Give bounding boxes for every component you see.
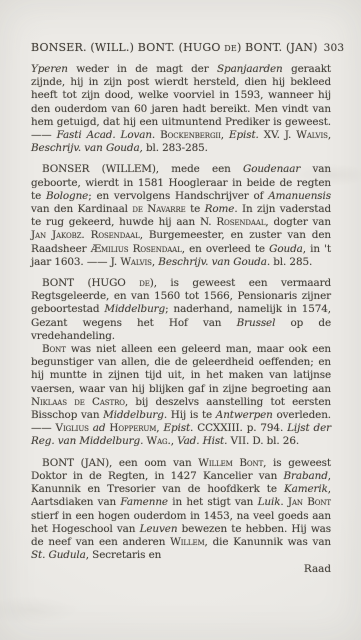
text-run: Amanuensis	[268, 190, 331, 202]
text-run: Beschrijv. van Gouda,	[31, 142, 143, 154]
text-run: Brussel	[237, 317, 276, 329]
text-run: Vad. Hist.	[177, 435, 227, 447]
text-run: Gouda	[269, 243, 303, 255]
text-run: Goudenaar	[243, 163, 300, 175]
text-run: Walvis	[296, 129, 328, 141]
text-block: Yperen weder in de magt der Spanjaarden …	[31, 63, 331, 562]
text-run: . Hij is te	[164, 409, 216, 421]
text-run: Middelburg	[104, 303, 165, 315]
text-run: Viglius	[56, 422, 89, 434]
catchword: Raad	[31, 563, 331, 576]
text-run: XV. J.	[259, 129, 296, 141]
text-run: ——	[31, 129, 57, 141]
text-run: , Secretaris en	[86, 549, 161, 561]
text-run: Walvis	[120, 256, 152, 268]
text-run: , en overleed te	[182, 243, 269, 255]
text-run: Yperen	[31, 63, 68, 75]
text-run: BONT (JAN), een oom van	[42, 457, 198, 469]
text-run: VII. D. bl. 26.	[227, 435, 299, 447]
text-run: Famenne	[120, 496, 168, 508]
text-run: Jan Jakobz. Rosendaal	[31, 229, 140, 241]
text-run: BONT (HUGO	[42, 277, 139, 289]
text-run: St. Gudula	[31, 549, 86, 561]
paragraph: BONT (JAN), een oom van Willem Bont, is …	[31, 457, 331, 563]
text-run: ,	[328, 129, 331, 141]
paragraph: BONT (HUGO de), is geweest een vermaard …	[31, 277, 331, 343]
text-run: CCXXIII. p. 794.	[193, 422, 287, 434]
text-run: Æmilius Rosendaal	[91, 243, 182, 255]
text-run: Luik	[258, 496, 281, 508]
text-run: Rosendaal	[216, 216, 265, 228]
text-run: Jan Bont	[288, 496, 331, 508]
text-run: Bologne	[46, 190, 88, 202]
text-run: , dogter van	[265, 216, 331, 228]
header-title: BONSER. (WILL.) BONT. (HUGO de) BONT. (J…	[31, 41, 318, 54]
text-run: Bockenbergii	[160, 129, 221, 141]
paragraph: Yperen weder in de magt der Spanjaarden …	[31, 63, 331, 155]
paragraph: Bont was niet alleen een geleerd man, ma…	[31, 343, 331, 449]
text-run: J.	[111, 256, 121, 268]
text-run: Beschrijv. van Gouda.	[158, 256, 270, 268]
text-run: .	[280, 496, 288, 508]
text-run: de	[139, 277, 150, 289]
text-run: Kamerik	[284, 483, 328, 495]
page-content: BONSER. (WILL.) BONT. (HUGO de) BONT. (J…	[31, 41, 331, 577]
text-run: te	[186, 203, 205, 215]
text-run: BONSER (WILLEM), mede een	[42, 163, 243, 175]
text-run: ; en vervolgens Handschrijver of	[88, 190, 268, 202]
text-run: Spanjaarden	[217, 63, 283, 75]
text-run: Epist.	[229, 129, 259, 141]
text-run: Epist.	[163, 422, 193, 434]
running-header: BONSER. (WILL.) BONT. (HUGO de) BONT. (J…	[31, 41, 331, 54]
text-run: van den Kardinaal	[31, 203, 132, 215]
text-run: Antwerpen	[216, 409, 273, 421]
text-run: bl. 283-285.	[143, 142, 208, 154]
text-run: Wag.	[147, 435, 171, 447]
text-run: Niklaas de Castro	[31, 396, 125, 408]
text-run: in het stigt van	[168, 496, 258, 508]
text-run: Willem Bont	[198, 457, 263, 469]
text-run: Hopperum	[109, 422, 156, 434]
text-run: , die Kanunnik was van	[205, 536, 331, 548]
text-run: was niet alleen een geleerd man, maar oo…	[31, 343, 331, 395]
text-run: Braband	[284, 470, 328, 482]
paragraph: BONSER (WILLEM), mede een Goudenaar van …	[31, 163, 331, 269]
text-run: Rome	[205, 203, 235, 215]
text-run: overleden.	[273, 409, 331, 421]
text-run: Willem	[170, 536, 204, 548]
text-run: de Navarre	[132, 203, 185, 215]
text-run: Leuven	[140, 523, 178, 535]
text-run: ,	[221, 129, 229, 141]
book-page: BONSER. (WILL.) BONT. (HUGO de) BONT. (J…	[0, 0, 361, 640]
text-run: weder in de magt der	[68, 63, 217, 75]
text-run: ad	[93, 422, 106, 434]
text-run: ——	[87, 256, 111, 268]
text-run: Middelburg	[103, 409, 164, 421]
page-number: 303	[318, 42, 345, 54]
text-run: Bont	[42, 343, 66, 355]
text-run: bl. 285.	[270, 256, 312, 268]
text-run: Fasti Acad. Lovan.	[57, 129, 156, 141]
text-run: ——	[31, 422, 56, 434]
